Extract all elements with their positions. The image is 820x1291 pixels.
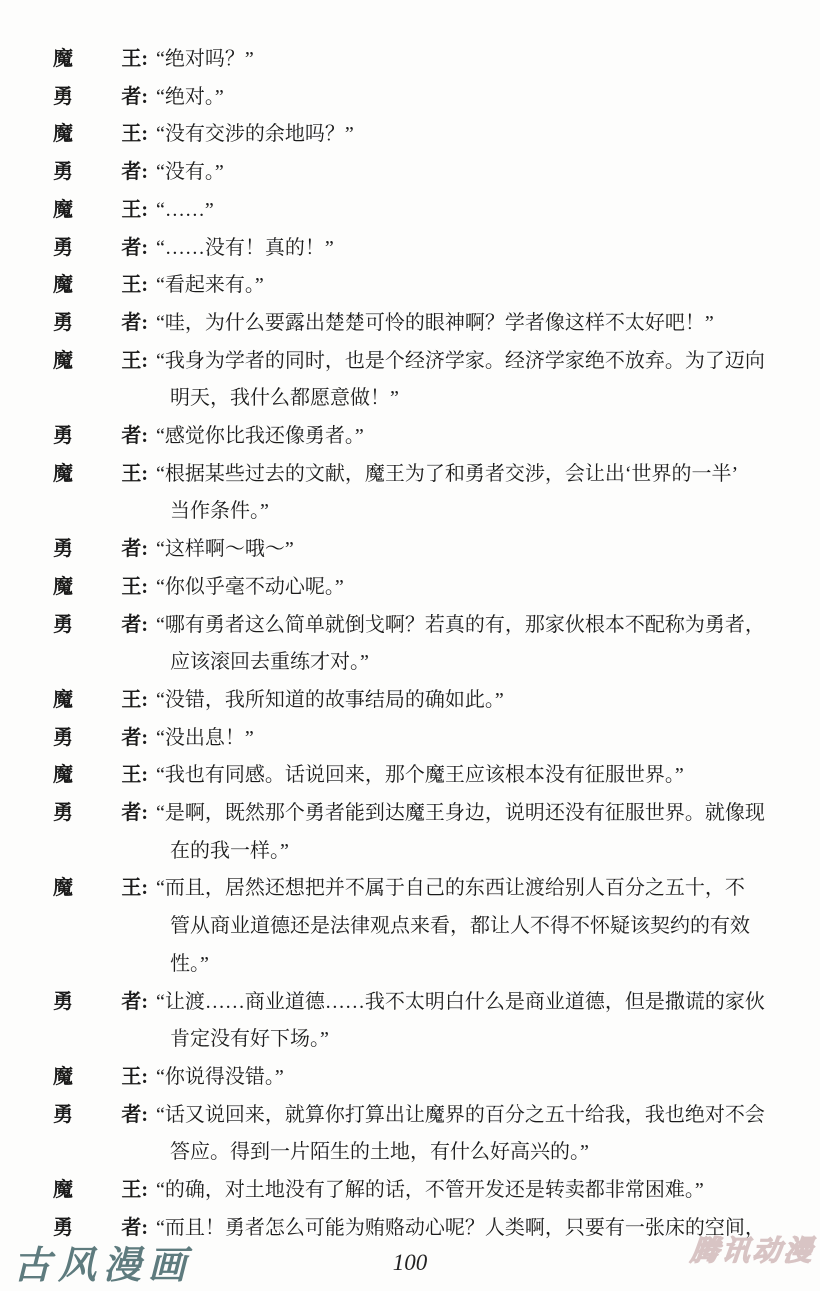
speaker-name: 勇者: [53, 418, 148, 456]
speaker-name: 勇者: [53, 607, 148, 645]
dialogue-row: 魔王: “没错，我所知道的故事结局的确如此。” [53, 682, 790, 720]
dialogue-text: “感觉你比我还像勇者。” [156, 418, 364, 456]
dialogue-row: 魔王: “根据某些过去的文献，魔王为了和勇者交涉，会让出‘世界的一半’当作条件。… [53, 456, 790, 531]
dialogue-text: “而且，居然还想把并不属于自己的东西让渡给别人百分之五十，不管从商业道德还是法律… [156, 870, 750, 983]
dialogue-line: 明天，我什么都愿意做！” [170, 387, 399, 409]
dialogue-text: “你说得没错。” [156, 1059, 284, 1097]
speaker-char-1: 魔 [53, 682, 73, 720]
dialogue-row: 勇者: “这样啊～哦～” [53, 531, 790, 569]
speaker-char-1: 勇 [53, 1210, 73, 1248]
dialogue-row: 勇者: “……没有！真的！” [53, 230, 790, 268]
dialogue-line: “而且，居然还想把并不属于自己的东西让渡给别人百分之五十，不 [156, 877, 745, 899]
speaker-name: 勇者: [53, 795, 148, 833]
dialogue-line: “你说得没错。” [156, 1066, 284, 1088]
dialogue-line: “绝对。” [156, 86, 224, 108]
dialogue-line: 性。” [170, 953, 209, 975]
speaker-name: 勇者: [53, 720, 148, 758]
speaker-name: 魔王: [53, 267, 148, 305]
speaker-char-2: 王: [121, 343, 148, 381]
dialogue-row: 魔王: “的确，对土地没有了解的话，不管开发还是转卖都非常困难。” [53, 1172, 790, 1210]
dialogue-row: 魔王: “你说得没错。” [53, 1059, 790, 1097]
dialogue-text: “这样啊～哦～” [156, 531, 294, 569]
dialogue-text: “……没有！真的！” [156, 230, 334, 268]
dialogue-line: “的确，对土地没有了解的话，不管开发还是转卖都非常困难。” [156, 1179, 704, 1201]
dialogue-line: 答应。得到一片陌生的土地，有什么好高兴的。” [170, 1141, 589, 1163]
dialogue-row: 勇者: “没有。” [53, 154, 790, 192]
speaker-name: 魔王: [53, 870, 148, 908]
dialogue-line: “是啊，既然那个勇者能到达魔王身边，说明还没有征服世界。就像现 [156, 802, 765, 824]
speaker-char-1: 勇 [53, 531, 73, 569]
dialogue-line: “看起来有。” [156, 274, 264, 296]
dialogue-text: “看起来有。” [156, 267, 264, 305]
dialogue-row: 勇者: “哇，为什么要露出楚楚可怜的眼神啊？学者像这样不太好吧！” [53, 305, 790, 343]
dialogue-line: “这样啊～哦～” [156, 538, 294, 560]
dialogue-row: 勇者: “是啊，既然那个勇者能到达魔王身边，说明还没有征服世界。就像现在的我一样… [53, 795, 790, 870]
dialogue-text: “哇，为什么要露出楚楚可怜的眼神啊？学者像这样不太好吧！” [156, 305, 714, 343]
speaker-char-1: 魔 [53, 1059, 73, 1097]
speaker-char-2: 者: [121, 984, 148, 1022]
dialogue-text: “让渡……商业道德……我不太明白什么是商业道德，但是撒谎的家伙肯定没有好下场。” [156, 984, 765, 1059]
speaker-char-2: 王: [121, 456, 148, 494]
speaker-name: 魔王: [53, 343, 148, 381]
speaker-char-1: 魔 [53, 192, 73, 230]
dialogue-line: “你似乎毫不动心呢。” [156, 576, 344, 598]
speaker-name: 勇者: [53, 1210, 148, 1248]
dialogue-text: “没有交涉的余地吗？” [156, 116, 354, 154]
dialogue-text: “根据某些过去的文献，魔王为了和勇者交涉，会让出‘世界的一半’当作条件。” [156, 456, 738, 531]
dialogue-text: “绝对吗？” [156, 41, 254, 79]
dialogue-row: 魔王: “你似乎毫不动心呢。” [53, 569, 790, 607]
speaker-char-1: 魔 [53, 870, 73, 908]
speaker-char-1: 勇 [53, 230, 73, 268]
speaker-name: 魔王: [53, 569, 148, 607]
dialogue-line: “没出息！” [156, 727, 254, 749]
dialogue-text: “没有。” [156, 154, 224, 192]
speaker-char-1: 魔 [53, 569, 73, 607]
dialogue-row: 魔王: “绝对吗？” [53, 41, 790, 79]
dialogue-line: “话又说回来，就算你打算出让魔界的百分之五十给我，我也绝对不会 [156, 1104, 765, 1126]
dialogue-line: “让渡……商业道德……我不太明白什么是商业道德，但是撒谎的家伙 [156, 991, 765, 1013]
speaker-char-2: 者: [121, 154, 148, 192]
dialogue-line: “哪有勇者这么简单就倒戈啊？若真的有，那家伙根本不配称为勇者， [156, 614, 765, 636]
speaker-char-1: 勇 [53, 795, 73, 833]
dialogue-row: 魔王: “我也有同感。话说回来，那个魔王应该根本没有征服世界。” [53, 757, 790, 795]
speaker-name: 勇者: [53, 154, 148, 192]
dialogue-line: “没有。” [156, 161, 224, 183]
dialogue-text: “话又说回来，就算你打算出让魔界的百分之五十给我，我也绝对不会答应。得到一片陌生… [156, 1097, 765, 1172]
speaker-char-2: 者: [121, 79, 148, 117]
speaker-name: 魔王: [53, 192, 148, 230]
dialogue-row: 勇者: “让渡……商业道德……我不太明白什么是商业道德，但是撒谎的家伙肯定没有好… [53, 984, 790, 1059]
speaker-char-1: 魔 [53, 267, 73, 305]
dialogue-row: 魔王: “而且，居然还想把并不属于自己的东西让渡给别人百分之五十，不管从商业道德… [53, 870, 790, 983]
dialogue-row: 勇者: “没出息！” [53, 720, 790, 758]
speaker-name: 魔王: [53, 682, 148, 720]
speaker-char-1: 魔 [53, 116, 73, 154]
speaker-char-2: 者: [121, 418, 148, 456]
speaker-char-1: 魔 [53, 343, 73, 381]
dialogue-line: “而且！勇者怎么可能为贿赂动心呢？人类啊，只要有一张床的空间， [156, 1217, 765, 1239]
speaker-char-2: 者: [121, 795, 148, 833]
dialogue-line: “我也有同感。话说回来，那个魔王应该根本没有征服世界。” [156, 764, 684, 786]
dialogue-line: “没有交涉的余地吗？” [156, 123, 354, 145]
dialogue-row: 勇者: “话又说回来，就算你打算出让魔界的百分之五十给我，我也绝对不会答应。得到… [53, 1097, 790, 1172]
speaker-char-2: 王: [121, 1172, 148, 1210]
dialogue-list: 魔王: “绝对吗？” 勇者: “绝对。” 魔王: “没有交涉的余地吗？” 勇者:… [0, 0, 820, 1248]
speaker-char-1: 勇 [53, 305, 73, 343]
dialogue-line: “没错，我所知道的故事结局的确如此。” [156, 689, 504, 711]
speaker-char-2: 王: [121, 116, 148, 154]
dialogue-text: “你似乎毫不动心呢。” [156, 569, 344, 607]
dialogue-row: 魔王: “没有交涉的余地吗？” [53, 116, 790, 154]
dialogue-text: “我也有同感。话说回来，那个魔王应该根本没有征服世界。” [156, 757, 684, 795]
tencent-comics-watermark: 腾讯动漫 [689, 1229, 817, 1269]
speaker-char-2: 王: [121, 682, 148, 720]
speaker-char-1: 魔 [53, 41, 73, 79]
speaker-name: 魔王: [53, 41, 148, 79]
speaker-char-2: 王: [121, 267, 148, 305]
dialogue-text: “的确，对土地没有了解的话，不管开发还是转卖都非常困难。” [156, 1172, 704, 1210]
speaker-char-2: 王: [121, 41, 148, 79]
dialogue-row: 魔王: “我身为学者的同时，也是个经济学家。经济学家绝不放弃。为了迈向明天，我什… [53, 343, 790, 418]
speaker-char-2: 王: [121, 757, 148, 795]
dialogue-text: “绝对。” [156, 79, 224, 117]
speaker-char-1: 勇 [53, 418, 73, 456]
dialogue-text: “没出息！” [156, 720, 254, 758]
dialogue-text: “没错，我所知道的故事结局的确如此。” [156, 682, 504, 720]
dialogue-line: “绝对吗？” [156, 48, 254, 70]
dialogue-line: “感觉你比我还像勇者。” [156, 425, 364, 447]
speaker-char-2: 者: [121, 607, 148, 645]
speaker-char-2: 者: [121, 1210, 148, 1248]
dialogue-text: “……” [156, 192, 214, 230]
dialogue-text: “而且！勇者怎么可能为贿赂动心呢？人类啊，只要有一张床的空间， [156, 1210, 765, 1248]
speaker-char-1: 勇 [53, 607, 73, 645]
speaker-name: 魔王: [53, 1059, 148, 1097]
speaker-char-1: 魔 [53, 1172, 73, 1210]
dialogue-line: “我身为学者的同时，也是个经济学家。经济学家绝不放弃。为了迈向 [156, 350, 765, 372]
speaker-char-1: 魔 [53, 757, 73, 795]
speaker-char-2: 者: [121, 230, 148, 268]
dialogue-line: “……” [156, 199, 214, 221]
dialogue-line: 当作条件。” [170, 500, 269, 522]
speaker-char-1: 勇 [53, 720, 73, 758]
speaker-char-2: 王: [121, 870, 148, 908]
dialogue-line: 在的我一样。” [170, 840, 289, 862]
dialogue-row: 勇者: “感觉你比我还像勇者。” [53, 418, 790, 456]
speaker-name: 勇者: [53, 230, 148, 268]
speaker-name: 勇者: [53, 984, 148, 1022]
dialogue-text: “哪有勇者这么简单就倒戈啊？若真的有，那家伙根本不配称为勇者，应该滚回去重练才对… [156, 607, 765, 682]
speaker-char-1: 魔 [53, 456, 73, 494]
dialogue-line: 管从商业道德还是法律观点来看，都让人不得不怀疑该契约的有效 [170, 915, 750, 937]
dialogue-line: “……没有！真的！” [156, 237, 334, 259]
speaker-char-2: 王: [121, 1059, 148, 1097]
dialogue-row: 勇者: “绝对。” [53, 79, 790, 117]
dialogue-line: 肯定没有好下场。” [170, 1028, 329, 1050]
speaker-char-2: 王: [121, 192, 148, 230]
dialogue-text: “我身为学者的同时，也是个经济学家。经济学家绝不放弃。为了迈向明天，我什么都愿意… [156, 343, 765, 418]
speaker-name: 魔王: [53, 116, 148, 154]
speaker-name: 勇者: [53, 79, 148, 117]
speaker-char-1: 勇 [53, 154, 73, 192]
dialogue-row: 勇者: “哪有勇者这么简单就倒戈啊？若真的有，那家伙根本不配称为勇者，应该滚回去… [53, 607, 790, 682]
dialogue-row: 魔王: “……” [53, 192, 790, 230]
speaker-name: 勇者: [53, 531, 148, 569]
speaker-char-2: 者: [121, 1097, 148, 1135]
speaker-char-1: 勇 [53, 984, 73, 1022]
speaker-name: 魔王: [53, 757, 148, 795]
speaker-name: 勇者: [53, 305, 148, 343]
speaker-name: 魔王: [53, 456, 148, 494]
dialogue-row: 魔王: “看起来有。” [53, 267, 790, 305]
dialogue-line: “根据某些过去的文献，魔王为了和勇者交涉，会让出‘世界的一半’ [156, 463, 738, 485]
dialogue-row: 勇者: “而且！勇者怎么可能为贿赂动心呢？人类啊，只要有一张床的空间， [53, 1210, 790, 1248]
speaker-char-1: 勇 [53, 1097, 73, 1135]
dialogue-line: 应该滚回去重练才对。” [170, 651, 369, 673]
speaker-char-2: 王: [121, 569, 148, 607]
speaker-char-1: 勇 [53, 79, 73, 117]
speaker-name: 魔王: [53, 1172, 148, 1210]
speaker-char-2: 者: [121, 305, 148, 343]
speaker-char-2: 者: [121, 531, 148, 569]
dialogue-line: “哇，为什么要露出楚楚可怜的眼神啊？学者像这样不太好吧！” [156, 312, 714, 334]
speaker-char-2: 者: [121, 720, 148, 758]
speaker-name: 勇者: [53, 1097, 148, 1135]
dialogue-text: “是啊，既然那个勇者能到达魔王身边，说明还没有征服世界。就像现在的我一样。” [156, 795, 765, 870]
